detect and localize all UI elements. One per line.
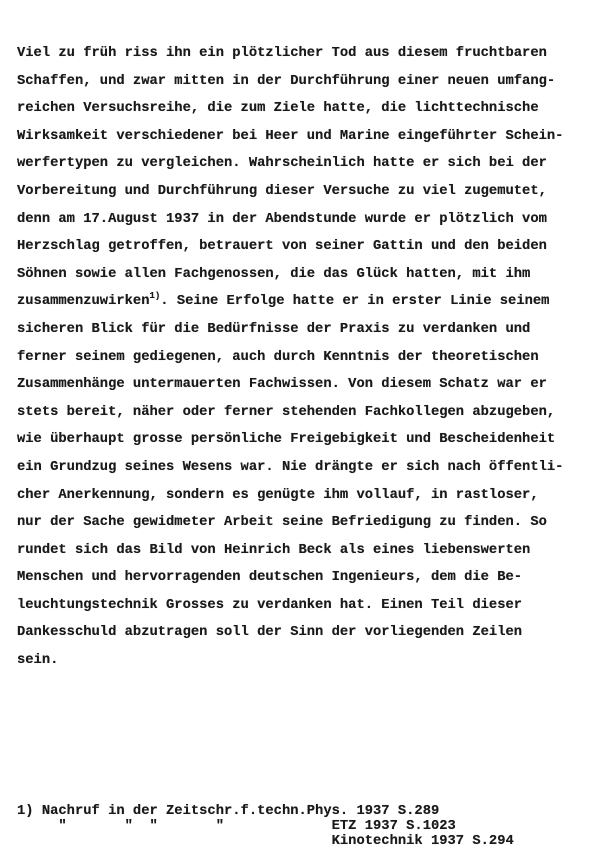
footnotes: 1) Nachruf in der Zeitschr.f.techn.Phys.… — [17, 804, 587, 849]
text-line: leuchtungstechnik Grosses zu verdanken h… — [17, 592, 587, 620]
text-segment: zusammenzuwirken — [17, 294, 149, 309]
text-line: denn am 17.August 1937 in der Abendstund… — [17, 206, 587, 234]
text-line: werfertypen zu vergleichen. Wahrscheinli… — [17, 150, 587, 178]
text-line: Wirksamkeit verschiedener bei Heer und M… — [17, 123, 587, 151]
text-line: stets bereit, näher oder ferner stehende… — [17, 399, 587, 427]
text-line: Zusammenhänge untermauerten Fachwissen. … — [17, 371, 587, 399]
footnote-line: Kinotechnik 1937 S.294 — [17, 834, 587, 849]
text-line: Söhnen sowie allen Fachgenossen, die das… — [17, 261, 587, 289]
text-line: Viel zu früh riss ihn ein plötzlicher To… — [17, 40, 587, 68]
text-line: Vorbereitung und Durchführung dieser Ver… — [17, 178, 587, 206]
footnote-line: " " " " ETZ 1937 S.1023 — [17, 819, 587, 834]
body-paragraph: Viel zu früh riss ihn ein plötzlicher To… — [17, 40, 587, 675]
text-line: nur der Sache gewidmeter Arbeit seine Be… — [17, 509, 587, 537]
text-line: Dankesschuld abzutragen soll der Sinn de… — [17, 619, 587, 647]
text-line: Menschen und hervorragenden deutschen In… — [17, 564, 587, 592]
text-line: reichen Versuchsreihe, die zum Ziele hat… — [17, 95, 587, 123]
text-segment: . Seine Erfolge hatte er in erster Linie… — [160, 294, 549, 309]
text-line: sicheren Blick für die Bedürfnisse der P… — [17, 316, 587, 344]
text-line-with-footnote-ref: zusammenzuwirken1). Seine Erfolge hatte … — [17, 288, 587, 316]
document-page: Viel zu früh riss ihn ein plötzlicher To… — [0, 0, 600, 867]
text-line: ferner seinem gediegenen, auch durch Ken… — [17, 344, 587, 372]
text-line: Herzschlag getroffen, betrauert von sein… — [17, 233, 587, 261]
text-line: ein Grundzug seines Wesens war. Nie drän… — [17, 454, 587, 482]
text-line: cher Anerkennung, sondern es genügte ihm… — [17, 482, 587, 510]
text-line: wie überhaupt grosse persönliche Freigeb… — [17, 426, 587, 454]
text-line: sein. — [17, 647, 587, 675]
text-line: Schaffen, und zwar mitten in der Durchfü… — [17, 68, 587, 96]
footnote-line: 1) Nachruf in der Zeitschr.f.techn.Phys.… — [17, 804, 587, 819]
text-line: rundet sich das Bild von Heinrich Beck a… — [17, 537, 587, 565]
footnote-reference: 1) — [149, 291, 160, 301]
